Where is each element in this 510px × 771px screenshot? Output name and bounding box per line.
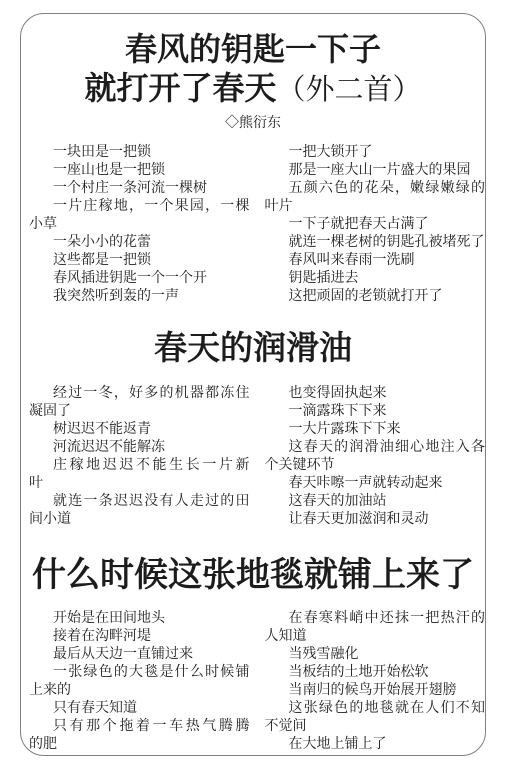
poem-line: 小草: [29, 216, 250, 234]
poem-column-left: 开始是在田间地头接着在沟畔河堤最后从天边一直铺过来一张绿色的大毯是什么时候铺上来…: [29, 610, 250, 754]
poem-line: 这张绿色的地毯就在人们不知: [265, 700, 486, 718]
poem-line: 一个村庄一条河流一棵树: [29, 180, 250, 198]
poem-line: 五颜六色的花朵，嫩绿嫩绿的: [265, 180, 486, 198]
poem-line: 当残雪融化: [265, 646, 486, 664]
poem-column-left: 一块田是一把锁一座山也是一把锁一个村庄一条河流一棵树一片庄稼地，一个果园，一棵小…: [29, 144, 250, 306]
main-title-line2: 就打开了春天（外二首）: [21, 69, 485, 110]
section-title-2: 春天的润滑油: [21, 328, 485, 368]
poem-line: 只有那个拖着一车热气腾腾: [29, 718, 250, 736]
poem-columns: 经过一冬，好多的机器都冻住凝固了树迟迟不能返青河流迟迟不能解冻庄稼地迟迟不能生长…: [21, 385, 485, 529]
poem-line: 当板结的土地开始松软: [265, 664, 486, 682]
main-title-line2-text: 就打开了春天: [84, 70, 276, 106]
poem-line: 树迟迟不能返青: [29, 421, 250, 439]
poem-line: 一块田是一把锁: [29, 144, 250, 162]
section-title-3: 什么时候这张地毯就铺上来了: [21, 554, 485, 596]
poem-line: 的肥: [29, 736, 250, 754]
poem-column-left: 经过一冬，好多的机器都冻住凝固了树迟迟不能返青河流迟迟不能解冻庄稼地迟迟不能生长…: [29, 385, 250, 529]
poem-line: 这春天的加油站: [265, 493, 486, 511]
poem-line: 在大地上铺上了: [265, 736, 486, 754]
poem-line: 经过一冬，好多的机器都冻住: [29, 385, 250, 403]
poem-line: 这些都是一把锁: [29, 252, 250, 270]
poem-line: 在春寒料峭中还抹一把热汗的: [265, 610, 486, 628]
poem-line: 开始是在田间地头: [29, 610, 250, 628]
poem-line: 个关键环节: [265, 457, 486, 475]
poem-columns: 一块田是一把锁一座山也是一把锁一个村庄一条河流一棵树一片庄稼地，一个果园，一棵小…: [21, 144, 485, 306]
poem-line: 人知道: [265, 628, 486, 646]
poem-line: 只有春天知道: [29, 700, 250, 718]
poem-line: 也变得固执起来: [265, 385, 486, 403]
poem-line: 叶: [29, 475, 250, 493]
poem-line: 这把顽固的老锁就打开了: [265, 288, 486, 306]
poem-line: 春风叫来春雨一洗刷: [265, 252, 486, 270]
poem-section-1: 一块田是一把锁一座山也是一把锁一个村庄一条河流一棵树一片庄稼地，一个果园，一棵小…: [21, 144, 485, 306]
poem-line: 庄稼地迟迟不能生长一片新: [29, 457, 250, 475]
poem-line: 间小道: [29, 511, 250, 529]
poem-line: 当南归的候鸟开始展开翅膀: [265, 682, 486, 700]
poem-line: 一下子就把春天占满了: [265, 216, 486, 234]
poem-line: 叶片: [265, 198, 486, 216]
poem-line: 上来的: [29, 682, 250, 700]
poem-line: 春风插进钥匙一个一个开: [29, 270, 250, 288]
poem-line: 接着在沟畔河堤: [29, 628, 250, 646]
poem-line: 河流迟迟不能解冻: [29, 439, 250, 457]
poem-line: 凝固了: [29, 403, 250, 421]
poem-section-2: 经过一冬，好多的机器都冻住凝固了树迟迟不能返青河流迟迟不能解冻庄稼地迟迟不能生长…: [21, 385, 485, 529]
poem-line: 一滴露珠下下来: [265, 403, 486, 421]
poem-column-right: 在春寒料峭中还抹一把热汗的人知道当残雪融化当板结的土地开始松软当南归的候鸟开始展…: [265, 610, 486, 754]
subtitle-annotation: （外二首）: [277, 74, 422, 106]
poem-line: 钥匙插进去: [265, 270, 486, 288]
poem-line: 那是一座大山一片盛大的果园: [265, 162, 486, 180]
poem-column-right: 也变得固执起来一滴露珠下下来一大片露珠下下来这春天的润滑油细心地注入各个关键环节…: [265, 385, 486, 529]
poem-line: 一张绿色的大毯是什么时候铺: [29, 664, 250, 682]
page-border: 春风的钥匙一下子 就打开了春天（外二首） ◇熊衍东 一块田是一把锁一座山也是一把…: [20, 13, 486, 756]
main-title-line1: 春风的钥匙一下子: [21, 30, 485, 69]
poem-line: 最后从天边一直铺过来: [29, 646, 250, 664]
poem-section-3: 开始是在田间地头接着在沟畔河堤最后从天边一直铺过来一张绿色的大毯是什么时候铺上来…: [21, 610, 485, 754]
poem-line: 就连一条迟迟没有人走过的田: [29, 493, 250, 511]
author-line: ◇熊衍东: [21, 116, 485, 132]
poem-line: 一大片露珠下下来: [265, 421, 486, 439]
poem-line: 春天咔嚓一声就转动起来: [265, 475, 486, 493]
poem-line: 不觉间: [265, 718, 486, 736]
poem-line: 一朵小小的花蕾: [29, 234, 250, 252]
poem-line: 我突然听到轰的一声: [29, 288, 250, 306]
poem-line: 一把大锁开了: [265, 144, 486, 162]
poem-line: 一座山也是一把锁: [29, 162, 250, 180]
poem-line: 让春天更加滋润和灵动: [265, 511, 486, 529]
poem-line: 一片庄稼地，一个果园，一棵: [29, 198, 250, 216]
poem-line: 就连一棵老树的钥匙孔被堵死了: [265, 234, 486, 252]
poem-line: 这春天的润滑油细心地注入各: [265, 439, 486, 457]
poem-columns: 开始是在田间地头接着在沟畔河堤最后从天边一直铺过来一张绿色的大毯是什么时候铺上来…: [21, 610, 485, 754]
main-title: 春风的钥匙一下子 就打开了春天（外二首）: [21, 30, 485, 110]
poem-column-right: 一把大锁开了那是一座大山一片盛大的果园五颜六色的花朵，嫩绿嫩绿的叶片一下子就把春…: [265, 144, 486, 306]
